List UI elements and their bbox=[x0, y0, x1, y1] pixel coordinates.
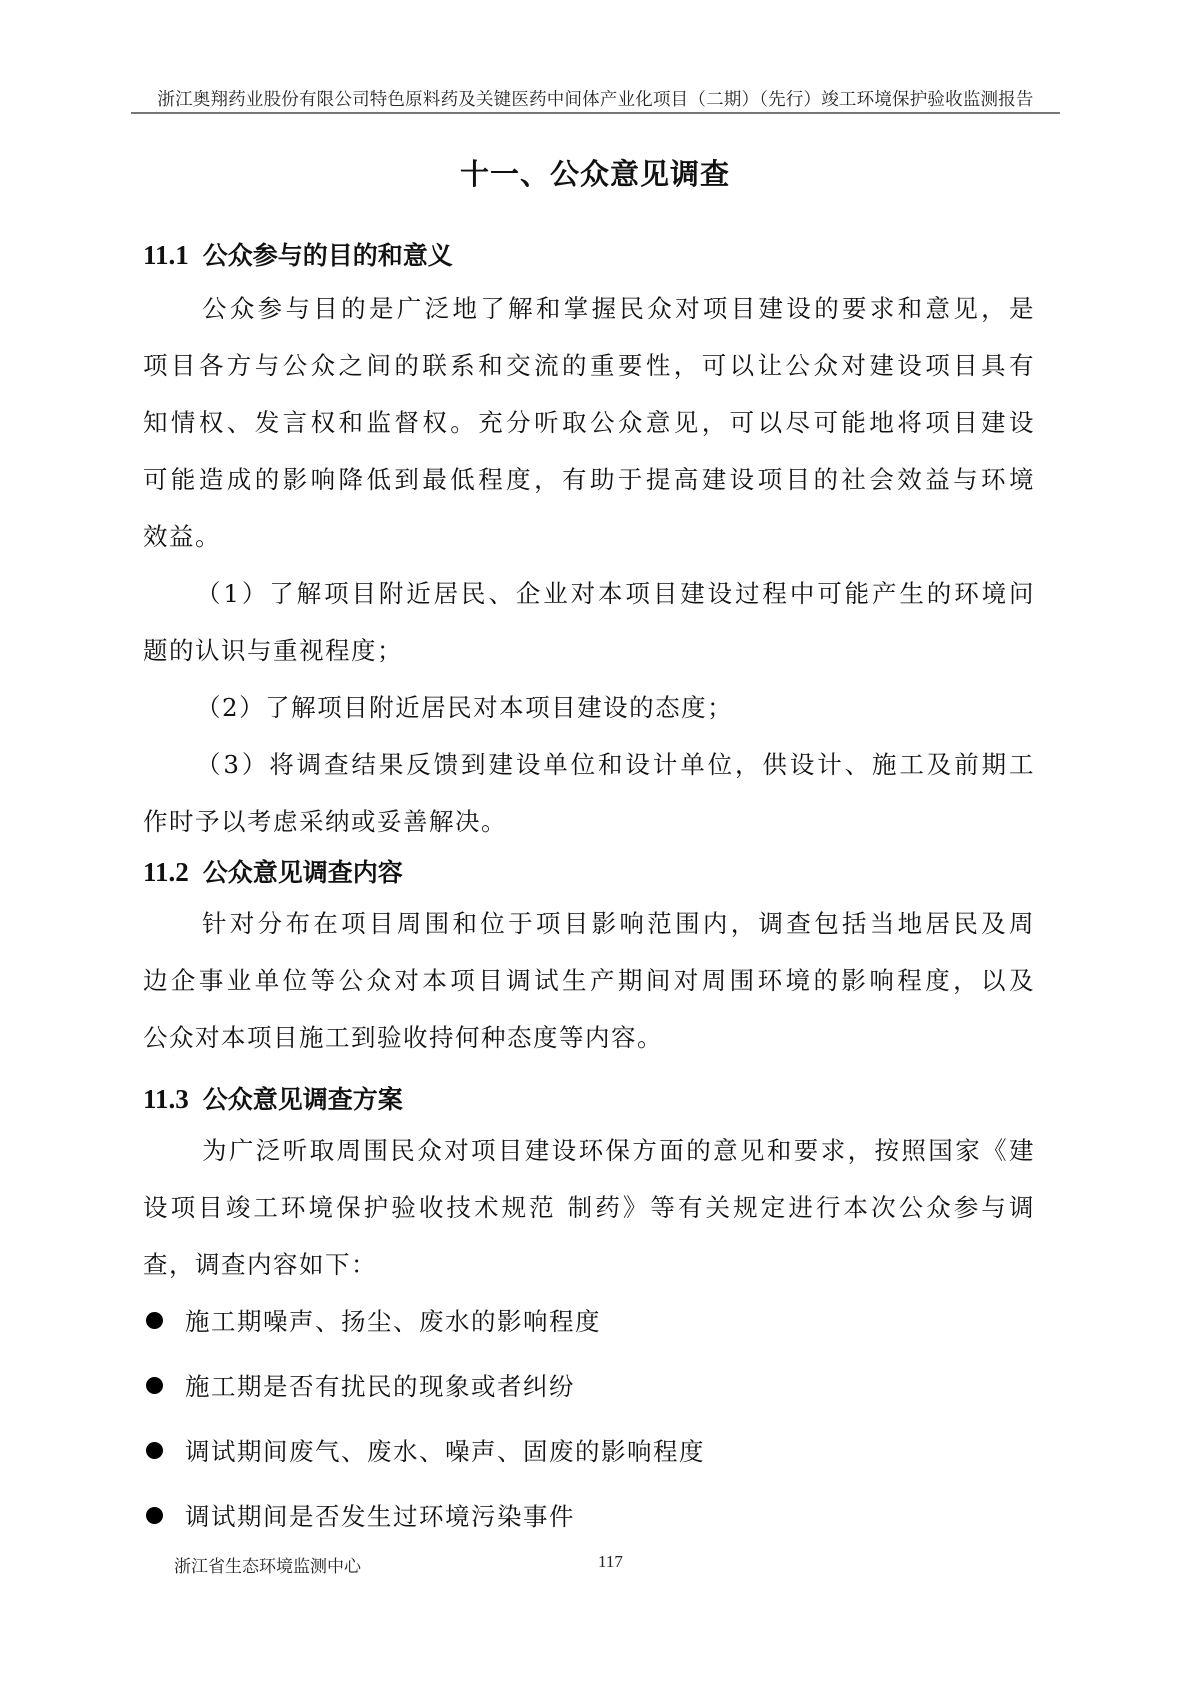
paragraph-line: 可能造成的影响降低到最低程度，有助于提高建设项目的社会效益与环境 bbox=[143, 461, 1035, 496]
paragraph-line: 边企事业单位等公众对本项目调试生产期间对周围环境的影响程度，以及 bbox=[143, 962, 1035, 997]
paragraph-line: 公众参与目的是广泛地了解和掌握民众对项目建设的要求和意见，是 bbox=[202, 290, 1035, 325]
list-item-3-line: （3）将调查结果反馈到建设单位和设计单位，供设计、施工及前期工 bbox=[196, 746, 1035, 781]
bullet-text: 施工期噪声、扬尘、废水的影响程度 bbox=[185, 1303, 601, 1338]
bullet-item: 调试期间是否发生过环境污染事件 bbox=[146, 1500, 575, 1530]
section-title: 公众意见调查内容 bbox=[203, 858, 403, 887]
bullet-item: 施工期噪声、扬尘、废水的影响程度 bbox=[146, 1305, 601, 1335]
section-title: 公众参与的目的和意义 bbox=[203, 241, 453, 270]
section-title: 公众意见调查方案 bbox=[203, 1085, 403, 1114]
running-header-title: 浙江奥翔药业股份有限公司特色原料药及关键医药中间体产业化项目（二期）（先行）竣工… bbox=[131, 86, 1060, 111]
paragraph-line: 项目各方与公众之间的联系和交流的重要性，可以让公众对建设项目具有 bbox=[143, 347, 1035, 382]
section-number: 11.3 bbox=[143, 1084, 189, 1114]
chapter-title: 十一、公众意见调查 bbox=[0, 152, 1190, 193]
list-item-3-line: 作时予以考虑采纳或妥善解决。 bbox=[143, 803, 1035, 838]
bullet-icon bbox=[146, 1312, 163, 1329]
paragraph-line: 为广泛听取周围民众对项目建设环保方面的意见和要求，按照国家《建 bbox=[202, 1132, 1035, 1167]
paragraph-line: 查，调查内容如下： bbox=[143, 1246, 1035, 1281]
list-item-2-line: （2）了解项目附近居民对本项目建设的态度； bbox=[196, 689, 1035, 724]
paragraph-line: 知情权、发言权和监督权。充分听取公众意见，可以尽可能地将项目建设 bbox=[143, 404, 1035, 439]
bullet-icon bbox=[146, 1507, 163, 1524]
section-number: 11.1 bbox=[143, 240, 189, 270]
bullet-icon bbox=[146, 1442, 163, 1459]
list-item-1-line: （1）了解项目附近居民、企业对本项目建设过程中可能产生的环境问 bbox=[196, 575, 1035, 610]
bullet-item: 施工期是否有扰民的现象或者纠纷 bbox=[146, 1370, 575, 1400]
footer-organization: 浙江省生态环境监测中心 bbox=[174, 1552, 361, 1577]
section-heading-11-3: 11.3公众意见调查方案 bbox=[143, 1080, 403, 1116]
bullet-text: 调试期间废气、废水、噪声、固废的影响程度 bbox=[185, 1433, 705, 1468]
paragraph-line: 针对分布在项目周围和位于项目影响范围内，调查包括当地居民及周 bbox=[202, 905, 1035, 940]
paragraph-line: 设项目竣工环境保护验收技术规范 制药》等有关规定进行本次公众参与调 bbox=[143, 1189, 1035, 1224]
bullet-item: 调试期间废气、废水、噪声、固废的影响程度 bbox=[146, 1435, 705, 1465]
section-heading-11-1: 11.1公众参与的目的和意义 bbox=[143, 236, 453, 272]
bullet-icon bbox=[146, 1377, 163, 1394]
paragraph-line: 公众对本项目施工到验收持何种态度等内容。 bbox=[143, 1019, 1035, 1054]
list-item-1-line: 题的认识与重视程度； bbox=[143, 632, 1035, 667]
bullet-text: 施工期是否有扰民的现象或者纠纷 bbox=[185, 1368, 575, 1403]
section-heading-11-2: 11.2公众意见调查内容 bbox=[143, 853, 403, 889]
bullet-text: 调试期间是否发生过环境污染事件 bbox=[185, 1498, 575, 1533]
paragraph-line: 效益。 bbox=[143, 518, 1035, 553]
section-number: 11.2 bbox=[143, 857, 189, 887]
running-header: 浙江奥翔药业股份有限公司特色原料药及关键医药中间体产业化项目（二期）（先行）竣工… bbox=[131, 84, 1060, 114]
page-number: 117 bbox=[598, 1552, 623, 1572]
